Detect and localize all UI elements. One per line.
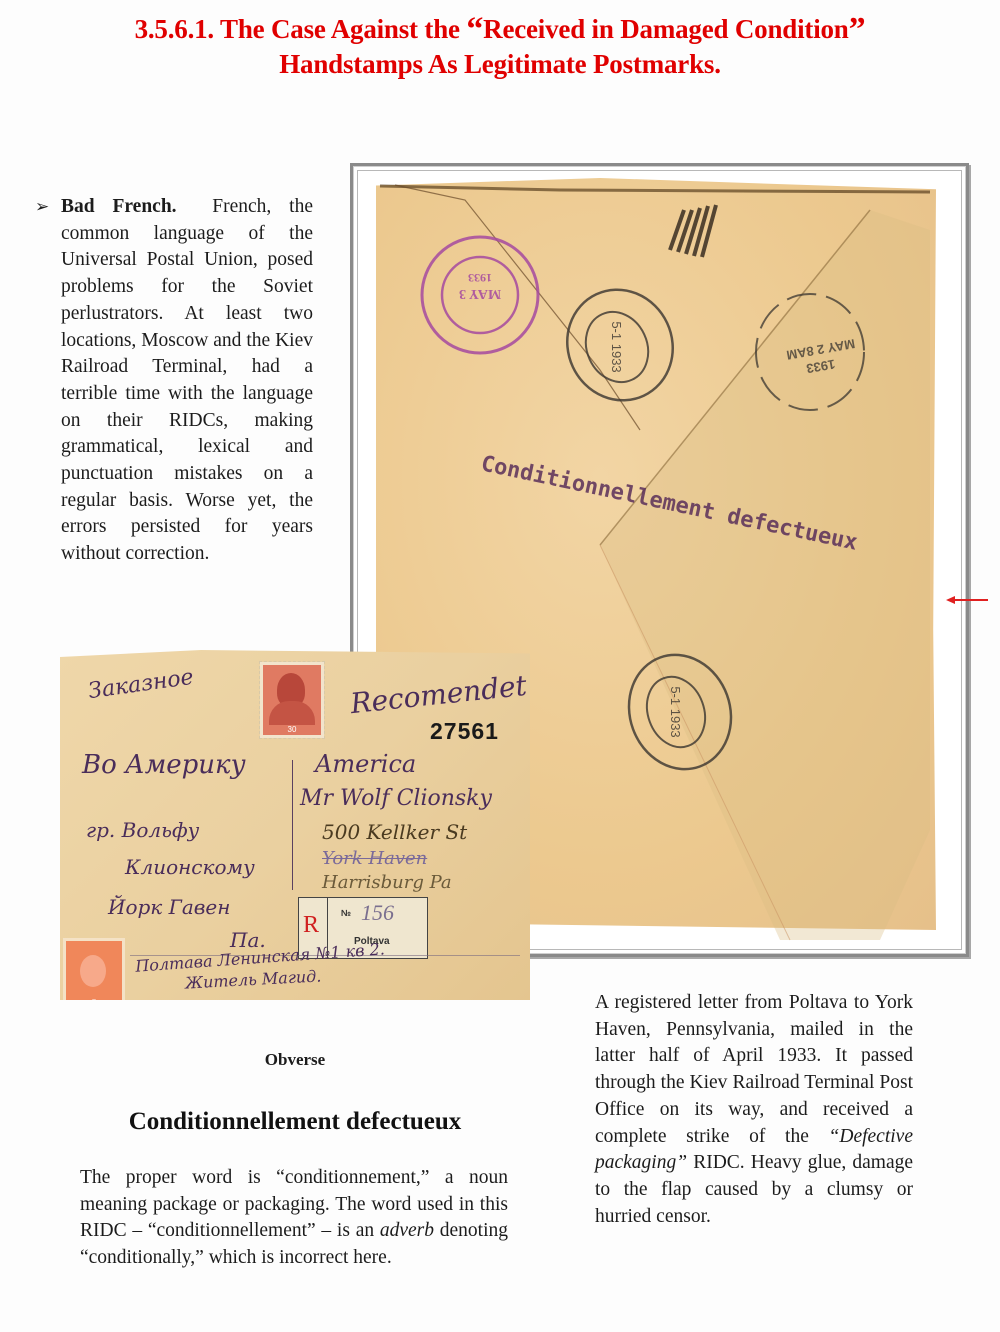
stamp-portrait <box>80 955 106 987</box>
harrisburg-postmark-icon: MAY 3 1933 <box>422 237 538 353</box>
handwriting-recipient-2: Клионскому <box>125 855 255 879</box>
stamp-value: 5 <box>66 998 122 1000</box>
handwriting-recommande: Recomendet <box>349 669 529 720</box>
obverse-caption: Obverse <box>60 1050 530 1070</box>
svg-text:5-1 1933: 5-1 1933 <box>668 686 683 737</box>
stamp-value: 30 <box>263 725 321 734</box>
red-pointer-arrow-icon <box>946 595 988 605</box>
killer-bars-icon <box>670 205 716 257</box>
section-heading-text: Conditionnellement defectueux <box>129 1108 462 1135</box>
handwriting-recipient-3: Йорк Гавен <box>108 895 230 919</box>
stamp-30-kop-icon: 30 <box>260 662 324 738</box>
svg-text:MAY 3: MAY 3 <box>459 286 501 301</box>
svg-text:5-1 1933: 5-1 1933 <box>609 321 624 372</box>
handwriting-america-ru: Bo Америку <box>82 750 246 780</box>
svg-text:1933: 1933 <box>468 271 492 285</box>
handwriting-name-en: Mr Wolf Clionsky <box>300 786 492 811</box>
envelope-obverse-image: 30 Заказное Recomendet 27561 Bo Америку … <box>60 650 530 1000</box>
cover-description: A registered letter from Poltava to York… <box>595 990 913 1230</box>
reg-no-label: № <box>341 908 351 918</box>
section-heading: Conditionnellement defectueux <box>60 1108 530 1136</box>
handwriting-city-new: Harrisburg Pa <box>322 872 452 893</box>
address-divider <box>292 760 293 890</box>
handwriting-street: 500 Kellker St <box>322 820 467 844</box>
registration-number: 27561 <box>430 718 499 745</box>
stamp-5-kop-icon: 5 <box>63 938 125 1000</box>
reg-letter: R <box>303 912 319 939</box>
section-paragraph: The proper word is “conditionnement,” a … <box>80 1165 508 1272</box>
stamp-figure <box>269 701 315 725</box>
handwriting-recipient-1: гр. Вольфу <box>86 818 199 842</box>
handwriting-zakaznoe: Заказное <box>87 665 195 704</box>
handwriting-america-en: America <box>315 750 416 778</box>
handwriting-city-struck: York Haven <box>322 848 427 869</box>
description-text-1: A registered letter from Poltava to York… <box>595 992 913 1147</box>
section-text-italic: adverb <box>380 1220 434 1241</box>
reg-number: 156 <box>361 900 394 926</box>
new-york-postmark-icon: 5-1 1933 <box>549 272 691 417</box>
